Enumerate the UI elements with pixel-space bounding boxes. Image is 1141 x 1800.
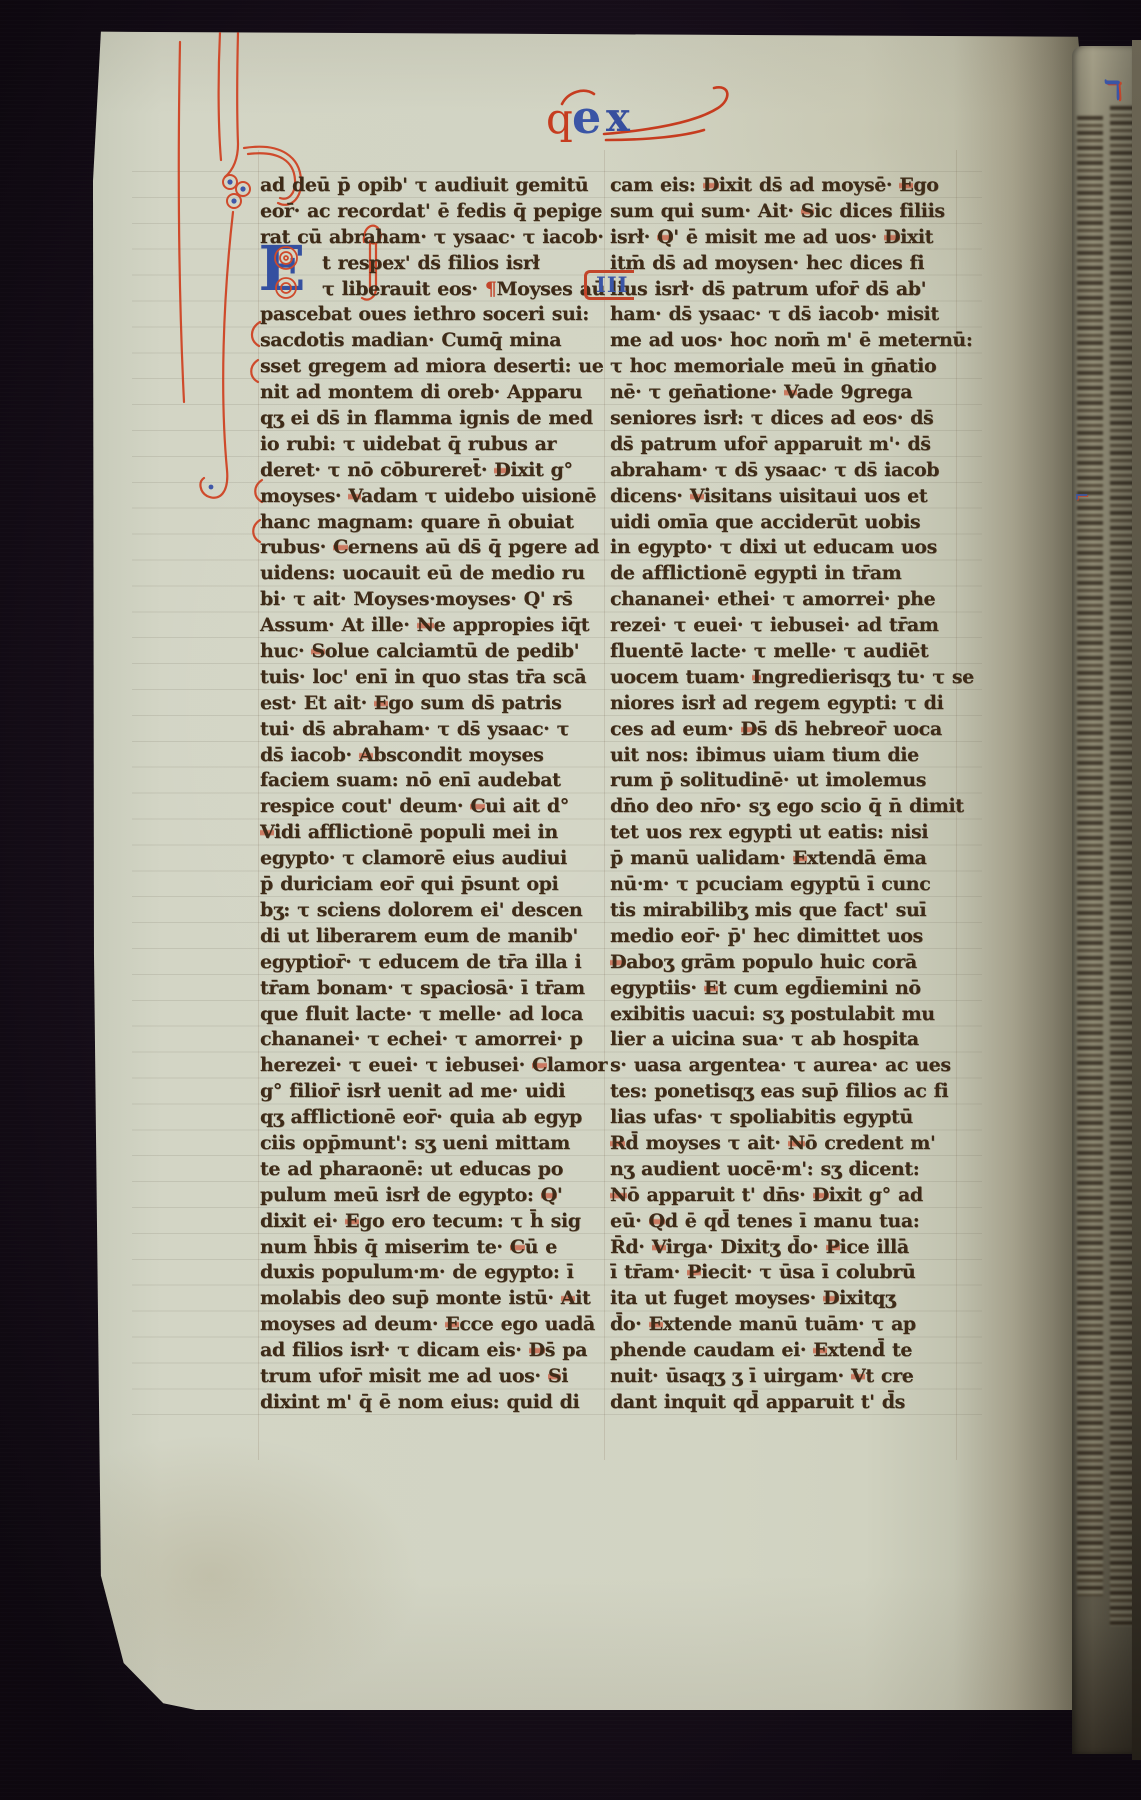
text-segment: go ero tecum: τ h̄ sig xyxy=(359,1210,581,1232)
text-segment: g° filior̄ isrł uenit ad me· uidi xyxy=(260,1080,565,1102)
text-line: Rd̄ moyses τ ait· Nō credent m' xyxy=(610,1131,956,1157)
text-line: pulum meū isrł de egypto: Q' xyxy=(260,1183,606,1209)
text-segment: tr̄am bonam· τ spaciosā· ī tr̄am xyxy=(260,977,585,999)
text-line: tui· ds̄ abraham· τ ds̄ ysaac· τ xyxy=(260,717,606,743)
text-segment: phende caudam ei· xyxy=(610,1339,813,1361)
text-line: s· uasa argentea· τ aurea· ac ues xyxy=(610,1053,956,1079)
text-segment: dicens· xyxy=(610,485,690,507)
running-title-blue-letter: e xyxy=(572,94,601,140)
text-segment: t respex' ds̄ filios isrł xyxy=(322,252,539,274)
text-line: sacdotis madian· Cumq̄ mina xyxy=(260,328,606,354)
text-line: nuit· ūsaqʒ ʒ ī uirgam· Vt cre xyxy=(610,1364,956,1390)
text-segment: eor̄· ac recordat' ē fedis q̄ pepige xyxy=(260,200,602,222)
text-line: rubus· Cernens aū ds̄ q̄ pgere ad xyxy=(260,535,606,561)
rubricated-capital: E xyxy=(793,847,807,869)
rubricated-capital: D xyxy=(741,718,757,740)
rubricated-capital: D xyxy=(703,174,719,196)
text-line: g° filior̄ isrł uenit ad me· uidi xyxy=(260,1079,606,1105)
text-line: ds̄ iacob· Abscondit moyses xyxy=(260,743,606,769)
text-line: uit nos: ibimus uiam tium die xyxy=(610,743,956,769)
rubricated-capital: N xyxy=(788,1132,805,1154)
text-line: sum qui sum· Ait· Sic dices filiis xyxy=(610,199,956,225)
text-line: est· Et ait· Ego sum ds̄ patris xyxy=(260,691,606,717)
running-title: q e x xyxy=(532,82,772,172)
text-segment: hanc magnam: quare n̄ obuiat xyxy=(260,511,574,533)
text-segment: nuit· ūsaqʒ ʒ ī uirgam· xyxy=(610,1365,851,1387)
text-line: ita ut fuget moyses· Dixitqʒ xyxy=(610,1286,956,1312)
text-segment: bʒ: τ sciens dolorem ei' descen xyxy=(260,899,582,921)
text-segment: molabis deo sup̄ monte istū· xyxy=(260,1287,561,1309)
text-line: te ad pharaonē: ut educas po xyxy=(260,1157,606,1183)
illuminated-initial: E xyxy=(250,240,314,302)
text-line: uocem tuam· Ingredierisqʒ tu· τ se xyxy=(610,665,956,691)
text-segment: dn̄o deo nr̄o· sʒ ego scio q̄ n̄ dimit xyxy=(610,795,964,817)
text-line: tes: ponetisqʒ eas sup̄ filios ac fi xyxy=(610,1079,956,1105)
text-segment: e appropies iq̄t xyxy=(434,614,589,636)
text-segment: ixit xyxy=(900,226,933,248)
text-line: bʒ: τ sciens dolorem ei' descen xyxy=(260,898,606,924)
text-line: lius isrł· ds̄ patrum ufor̄ ds̄ ab' xyxy=(610,277,956,303)
text-line: nʒ audient uocē·m': sʒ dicent: xyxy=(610,1157,956,1183)
text-segment: seniores isrł: τ dices ad eos· ds̄ xyxy=(610,407,933,429)
text-line: tis mirabilibʒ mis que fact' suī xyxy=(610,898,956,924)
rubricated-capital: E xyxy=(374,692,388,714)
rubricated-capital: Q xyxy=(541,1184,557,1206)
rubricated-capital: E xyxy=(445,1313,459,1335)
chapter-numeral-text: III xyxy=(596,272,628,297)
rubricated-capital: P xyxy=(687,1261,701,1283)
text-line: tr̄am bonam· τ spaciosā· ī tr̄am xyxy=(260,976,606,1002)
text-line: ds̄ patrum ufor̄ apparuit m'· ds̄ xyxy=(610,432,956,458)
penwork-blue-dots xyxy=(209,179,246,489)
text-segment: ad deū p̄ opib' τ audiuit gemitū xyxy=(260,174,588,196)
text-segment: ū e xyxy=(525,1236,557,1258)
text-line: di ut liberarem eum de manib' xyxy=(260,924,606,950)
text-segment: lias ufas· τ spoliabitis egyptū xyxy=(610,1106,913,1128)
text-segment: ic dices filiis xyxy=(814,200,945,222)
text-segment: sacdotis madian· Cumq̄ mina xyxy=(260,329,561,351)
text-segment: trum ufor̄ misit me ad uos· xyxy=(260,1365,548,1387)
text-line: de afflictionē egypti in tr̄am xyxy=(610,561,956,587)
text-segment: xtendā ēma xyxy=(807,847,927,869)
text-line: io rubi: τ uidebat q̄ rubus ar xyxy=(260,432,606,458)
text-line: ī tr̄am· Piecit· τ ūsa ī colubrū xyxy=(610,1260,956,1286)
text-segment: s̄ ds̄ hebreor̄ uoca xyxy=(757,718,942,740)
text-line: Daboʒ grām populo huic corā xyxy=(610,950,956,976)
text-segment: ad filios isrł· τ dicam eis· xyxy=(260,1339,529,1361)
text-segment: medio eor̄· p̄' hec dimittet uos xyxy=(610,925,923,947)
text-segment: chananei· τ echei· τ amorrei· p xyxy=(260,1028,583,1050)
text-segment: lamor xyxy=(547,1054,607,1076)
text-segment: olue calciamtū de pedib' xyxy=(325,640,579,662)
text-segment: rubus· xyxy=(260,536,333,558)
text-line: egypto· τ clamorē eius audiui xyxy=(260,846,606,872)
text-line: dn̄o deo nr̄o· sʒ ego scio q̄ n̄ dimit xyxy=(610,794,956,820)
text-line: molabis deo sup̄ monte istū· Ait xyxy=(260,1286,606,1312)
rubricated-capital: D xyxy=(813,1184,829,1206)
text-segment: aboʒ grām populo huic corā xyxy=(626,951,917,973)
text-line: nē· τ gen̄atione· Vade 9grega xyxy=(610,380,956,406)
text-segment: d̄o· xyxy=(610,1313,649,1335)
rubricated-capital: V xyxy=(690,485,704,507)
text-segment: te ad pharaonē: ut educas po xyxy=(260,1158,563,1180)
text-segment: d̄ moyses τ ait· xyxy=(625,1132,787,1154)
text-line: niores isrł ad regem egypti: τ di xyxy=(610,691,956,717)
text-segment: p̄ manū ualidam· xyxy=(610,847,793,869)
text-segment: itm̄ ds̄ ad moysen· hec dices fi xyxy=(610,252,924,274)
rubricated-capital: P xyxy=(826,1236,840,1258)
text-segment: egypto· τ clamorē eius audiui xyxy=(260,847,567,869)
rubricated-capital: E xyxy=(704,977,718,999)
text-line: τ hoc memoriale meū in gn̄atio xyxy=(610,354,956,380)
text-line: ham· ds̄ ysaac· τ ds̄ iacob· misit xyxy=(610,302,956,328)
text-line: Nō apparuit t' dn̄s· Dixit g° ad xyxy=(610,1183,956,1209)
text-segment: p̄ duriciam eor̄ qui p̄sunt opi xyxy=(260,873,558,895)
text-segment: io rubi: τ uidebat q̄ rubus ar xyxy=(260,433,556,455)
text-segment: ade 9grega xyxy=(797,381,913,403)
text-segment: ds̄ iacob· xyxy=(260,744,359,766)
text-segment: irga· Dixitʒ d̄o· xyxy=(666,1236,826,1258)
text-segment: deret· τ nō cōbureret̄· xyxy=(260,459,494,481)
text-line: fluentē lacte· τ melle· τ audiēt xyxy=(610,639,956,665)
text-line: dixit ei· Ego ero tecum: τ h̄ sig xyxy=(260,1209,606,1235)
rubricated-capital: N xyxy=(610,1184,627,1206)
text-line: huc· Solue calciamtū de pedib' xyxy=(260,639,606,665)
text-line: lier a uicina sua· τ ab hospita xyxy=(610,1027,956,1053)
text-line: egyptiis· Et cum egd̄iemini nō xyxy=(610,976,956,1002)
rubricated-capital: A xyxy=(561,1287,575,1309)
text-line: Vidi afflictionē populi mei in xyxy=(260,820,606,846)
text-segment: dixit ei· xyxy=(260,1210,345,1232)
text-segment: i xyxy=(561,1365,568,1387)
text-line: rum p̄ solitudinē· ut imolemus xyxy=(610,768,956,794)
rubricated-capital: Q xyxy=(649,1210,665,1232)
text-segment: ' xyxy=(557,1184,562,1206)
text-segment: herezei· τ euei· τ iebusei· xyxy=(260,1054,532,1076)
text-segment: in egypto· τ dixi ut educam uos xyxy=(610,536,937,558)
text-line: que fluit lacte· τ melle· ad loca xyxy=(260,1002,606,1028)
text-line: nit ad montem di oreb· Apparu xyxy=(260,380,606,406)
text-segment: R̄d· xyxy=(610,1236,652,1258)
rubricated-capital: D xyxy=(884,226,900,248)
text-segment: uocem tuam· xyxy=(610,666,752,688)
rubricated-capital: D xyxy=(823,1287,839,1309)
text-segment: t cum egd̄iemini nō xyxy=(718,977,921,999)
text-line: me ad uos· hoc nom̄ m' ē meternū: xyxy=(610,328,956,354)
text-segment: ixit g° ad xyxy=(829,1184,923,1206)
text-segment: pulum meū isrł de egypto: xyxy=(260,1184,541,1206)
text-segment: d ē qd̄ tenes ī manu tua: xyxy=(665,1210,920,1232)
rubricated-capital: C xyxy=(333,536,348,558)
text-segment: bi· τ ait· Moyses·moyses· Q' rs̄ xyxy=(260,588,572,610)
text-line: Assum· At ille· Ne appropies iq̄t xyxy=(260,613,606,639)
rubricated-capital: D xyxy=(529,1339,545,1361)
rubricated-capital: E xyxy=(649,1313,663,1335)
text-line: R̄d· Virga· Dixitʒ d̄o· Pice illā xyxy=(610,1235,956,1261)
text-segment: it xyxy=(575,1287,590,1309)
text-segment: rezei· τ euei· τ iebusei· ad tr̄am xyxy=(610,614,939,636)
rubricated-capital: D xyxy=(610,951,626,973)
text-line: p̄ duriciam eor̄ qui p̄sunt opi xyxy=(260,872,606,898)
rubricated-capital: R xyxy=(610,1132,625,1154)
text-segment: τ hoc memoriale meū in gn̄atio xyxy=(610,355,936,377)
text-segment: cam eis: xyxy=(610,174,703,196)
ruling-vertical xyxy=(258,150,259,1460)
rubricated-capital: A xyxy=(359,744,373,766)
text-line: trum ufor̄ misit me ad uos· Si xyxy=(260,1364,606,1390)
text-column-right: cam eis: Dixit ds̄ ad moysē· Egosum qui … xyxy=(610,173,956,1416)
text-line: faciem suam: nō enī audebat xyxy=(260,768,606,794)
text-line: uidens: uocauit eū de medio ru xyxy=(260,561,606,587)
text-segment: pascebat oues iethro soceri sui: xyxy=(260,303,589,325)
text-segment: ixit ds̄ ad moysē· xyxy=(719,174,900,196)
text-line: num h̄bis q̄ miserim te· Cū e xyxy=(260,1235,606,1261)
text-segment: ' ē misit me ad uos· xyxy=(673,226,884,248)
rubricated-capital: S xyxy=(548,1365,561,1387)
text-line: d̄o· Extende manū tuām· τ ap xyxy=(610,1312,956,1338)
text-segment: tuis· loc' enī in quo stas tr̄a scā xyxy=(260,666,586,688)
text-line: herezei· τ euei· τ iebusei· Clamor xyxy=(260,1053,606,1079)
text-segment: s̄ pa xyxy=(545,1339,587,1361)
text-line: phende caudam ei· Extend̄ te xyxy=(610,1338,956,1364)
next-leaf-initial-mark: ⌐ xyxy=(1074,488,1089,506)
text-segment: exibitis uacui: sʒ postulabit mu xyxy=(610,1003,935,1025)
text-segment: nē· τ gen̄atione· xyxy=(610,381,784,403)
text-segment: faciem suam: nō enī audebat xyxy=(260,769,561,791)
text-segment: egyptiis· xyxy=(610,977,704,999)
text-segment: rum p̄ solitudinē· ut imolemus xyxy=(610,769,926,791)
text-line: isrł· Q' ē misit me ad uos· Dixit xyxy=(610,225,956,251)
rubricated-capital: E xyxy=(345,1210,359,1232)
next-leaf-edge: ℸ ⌐ xyxy=(1072,46,1141,1754)
running-title-red-letter: x xyxy=(606,98,630,138)
text-segment: τ liberauit eos· xyxy=(322,278,485,300)
text-line: eor̄· ac recordat' ē fedis q̄ pepige xyxy=(260,199,606,225)
text-segment: uidens: uocauit eū de medio ru xyxy=(260,562,585,584)
text-line: duxis populum·m· de egypto: ī xyxy=(260,1260,606,1286)
text-segment: ernens aū ds̄ q̄ pgere ad xyxy=(348,536,599,558)
text-segment: tet uos rex egypti ut eatis: nisi xyxy=(610,821,928,843)
text-line: tuis· loc' enī in quo stas tr̄a scā xyxy=(260,665,606,691)
text-segment: duxis populum·m· de egypto: ī xyxy=(260,1261,573,1283)
text-segment: chananei· ethei· τ amorrei· phe xyxy=(610,588,935,610)
text-line: eū· Qd ē qd̄ tenes ī manu tua: xyxy=(610,1209,956,1235)
text-line: chananei· τ echei· τ amorrei· p xyxy=(260,1027,606,1053)
text-segment: ciis opp̄munt': sʒ ueni mittam xyxy=(260,1132,570,1154)
text-segment: Assum· At ille· xyxy=(260,614,417,636)
text-segment: ham· ds̄ ysaac· τ ds̄ iacob· misit xyxy=(610,303,939,325)
text-line: cam eis: Dixit ds̄ ad moysē· Ego xyxy=(610,173,956,199)
text-segment: moyses ad deum· xyxy=(260,1313,445,1335)
text-segment: dixint m' q̄ ē nom eius: quid di xyxy=(260,1391,579,1413)
text-segment: lier a uicina sua· τ ab hospita xyxy=(610,1028,919,1050)
rubricated-capital: I xyxy=(752,666,761,688)
rubricated-capital: V xyxy=(260,821,274,843)
text-segment: ces ad eum· xyxy=(610,718,741,740)
text-line: exibitis uacui: sʒ postulabit mu xyxy=(610,1002,956,1028)
text-segment: que fluit lacte· τ melle· ad loca xyxy=(260,1003,583,1025)
text-segment: adam τ uidebo uisionē xyxy=(361,485,596,507)
text-line: ces ad eum· Ds̄ ds̄ hebreor̄ uoca xyxy=(610,717,956,743)
text-segment: fluentē lacte· τ melle· τ audiēt xyxy=(610,640,928,662)
next-leaf-rubric-mark: ℸ xyxy=(1104,78,1121,104)
text-line: ciis opp̄munt': sʒ ueni mittam xyxy=(260,1131,606,1157)
text-segment: xtend̄ te xyxy=(827,1339,912,1361)
text-segment: ui ait d° xyxy=(485,795,569,817)
text-segment: bscondit moyses xyxy=(373,744,543,766)
text-line: qʒ ei ds̄ in flamma ignis de med xyxy=(260,406,606,432)
text-segment: qʒ ei ds̄ in flamma ignis de med xyxy=(260,407,593,429)
text-segment: s· uasa argentea· τ aurea· ac ues xyxy=(610,1054,951,1076)
text-line: tet uos rex egypti ut eatis: nisi xyxy=(610,820,956,846)
rubricated-capital: S xyxy=(801,200,814,222)
text-line: seniores isrł: τ dices ad eos· ds̄ xyxy=(610,406,956,432)
text-segment: xtende manū tuām· τ ap xyxy=(663,1313,916,1335)
penwork-vertical-line xyxy=(219,32,221,160)
text-segment: uit nos: ibimus uiam tium die xyxy=(610,744,919,766)
running-title-red-mark: q xyxy=(546,98,573,140)
text-segment: di ut liberarem eum de manib' xyxy=(260,925,578,947)
text-line: bi· τ ait· Moyses·moyses· Q' rs̄ xyxy=(260,587,606,613)
text-segment: nū·m· τ pcuciam egyptū ī cunc xyxy=(610,873,930,895)
text-line: egyptior̄· τ educem de tr̄a illa i xyxy=(260,950,606,976)
text-segment: moyses· xyxy=(260,485,348,507)
text-line: deret· τ nō cōbureret̄· Dixit g° xyxy=(260,458,606,484)
text-line: nū·m· τ pcuciam egyptū ī cunc xyxy=(610,872,956,898)
text-line: moyses· Vadam τ uidebo uisionē xyxy=(260,484,606,510)
text-line: abraham· τ ds̄ ysaac· τ ds̄ iacob xyxy=(610,458,956,484)
manuscript-page: q e x ad deū p̄ opib' τ audiuit gemitūeo… xyxy=(92,30,1082,1710)
text-column-left: ad deū p̄ opib' τ audiuit gemitūeor̄· ac… xyxy=(260,173,606,1416)
text-line: sset gregem ad miora deserti: ue xyxy=(260,354,606,380)
text-segment: niores isrł ad regem egypti: τ di xyxy=(610,692,943,714)
rubricated-capital: V xyxy=(851,1365,865,1387)
rubricated-capital: S xyxy=(311,640,324,662)
text-segment: ixitqʒ xyxy=(839,1287,895,1309)
text-line: ad filios isrł· τ dicam eis· Ds̄ pa xyxy=(260,1338,606,1364)
rubricated-capital: N xyxy=(417,614,434,636)
text-segment: nʒ audient uocē·m': sʒ dicent: xyxy=(610,1158,919,1180)
manuscript-photo: { "manuscript": { "running_title": { "re… xyxy=(0,0,1141,1800)
text-segment: egyptior̄· τ educem de tr̄a illa i xyxy=(260,951,581,973)
text-segment: abraham· τ ds̄ ysaac· τ ds̄ iacob xyxy=(610,459,939,481)
text-segment: sum qui sum· Ait· xyxy=(610,200,801,222)
rubricated-capital: D xyxy=(494,459,510,481)
text-line: qʒ afflictionē eor̄· quia ab egyp xyxy=(260,1105,606,1131)
rubricated-capital: E xyxy=(813,1339,827,1361)
text-line: p̄ manū ualidam· Extendā ēma xyxy=(610,846,956,872)
text-segment: cce ego uadā xyxy=(459,1313,594,1335)
rubric-mark: ¶ xyxy=(485,278,497,300)
text-segment: huc· xyxy=(260,640,311,662)
text-segment: ixit g° xyxy=(510,459,572,481)
rubricated-capital: V xyxy=(348,485,361,507)
text-line: dicens· Visitans uisitaui uos et xyxy=(610,484,956,510)
next-leaf-shadow xyxy=(1072,46,1141,1754)
text-segment: de afflictionē egypti in tr̄am xyxy=(610,562,901,584)
text-line: chananei· ethei· τ amorrei· phe xyxy=(610,587,956,613)
rubricated-capital: Q xyxy=(657,226,673,248)
text-segment: idi afflictionē populi mei in xyxy=(274,821,558,843)
rubricated-capital: C xyxy=(510,1236,525,1258)
text-segment: ngredierisqʒ tu· τ se xyxy=(761,666,974,688)
text-line: respice cout' deum· Cui ait d° xyxy=(260,794,606,820)
text-line: moyses ad deum· Ecce ego uadā xyxy=(260,1312,606,1338)
text-segment: sset gregem ad miora deserti: ue xyxy=(260,355,603,377)
text-segment: respice cout' deum· xyxy=(260,795,470,817)
text-segment: eū· xyxy=(610,1210,649,1232)
rubricated-capital: V xyxy=(652,1236,666,1258)
text-segment: t cre xyxy=(865,1365,913,1387)
text-segment: ita ut fuget moyses· xyxy=(610,1287,823,1309)
text-segment: ice illā xyxy=(840,1236,909,1258)
text-segment: num h̄bis q̄ miserim te· xyxy=(260,1236,510,1258)
text-segment: dant inquit qd̄ apparuit t' d̄s xyxy=(610,1391,905,1413)
rubricated-capital: V xyxy=(784,381,797,403)
text-line: rezei· τ euei· τ iebusei· ad tr̄am xyxy=(610,613,956,639)
text-segment: ō apparuit t' dn̄s· xyxy=(627,1184,813,1206)
text-line: hanc magnam: quare n̄ obuiat xyxy=(260,510,606,536)
text-line: medio eor̄· p̄' hec dimittet uos xyxy=(610,924,956,950)
text-line: itm̄ ds̄ ad moysen· hec dices fi xyxy=(610,251,956,277)
text-line: uidi omīa que acciderūt uobis xyxy=(610,510,956,536)
text-segment: go sum ds̄ patris xyxy=(388,692,561,714)
chapter-numeral: III xyxy=(590,270,634,300)
text-segment: nit ad montem di oreb· Apparu xyxy=(260,381,582,403)
text-line: dixint m' q̄ ē nom eius: quid di xyxy=(260,1390,606,1416)
text-line: dant inquit qd̄ apparuit t' d̄s xyxy=(610,1390,956,1416)
text-segment: iecit· τ ūsa ī colubrū xyxy=(701,1261,915,1283)
book-fore-edge xyxy=(1132,40,1141,1760)
text-segment: uidi omīa que acciderūt uobis xyxy=(610,511,920,533)
rubricated-capital: C xyxy=(470,795,485,817)
rubricated-capital: C xyxy=(532,1054,547,1076)
text-segment: me ad uos· hoc nom̄ m' ē meternū: xyxy=(610,329,972,351)
text-segment: isrł· xyxy=(610,226,657,248)
text-line: in egypto· τ dixi ut educam uos xyxy=(610,535,956,561)
text-line: lias ufas· τ spoliabitis egyptū xyxy=(610,1105,956,1131)
text-segment: ō credent m' xyxy=(805,1132,936,1154)
text-line: pascebat oues iethro soceri sui: xyxy=(260,302,606,328)
text-segment: tui· ds̄ abraham· τ ds̄ ysaac· τ xyxy=(260,718,569,740)
text-segment: go xyxy=(913,174,938,196)
text-segment: ds̄ patrum ufor̄ apparuit m'· ds̄ xyxy=(610,433,931,455)
text-segment: est· Et ait· xyxy=(260,692,374,714)
text-segment: tis mirabilibʒ mis que fact' suī xyxy=(610,899,926,921)
text-line: ad deū p̄ opib' τ audiuit gemitū xyxy=(260,173,606,199)
text-segment: isitans uisitaui uos et xyxy=(704,485,928,507)
text-segment: lius isrł· ds̄ patrum ufor̄ ds̄ ab' xyxy=(610,278,926,300)
rubricated-capital: E xyxy=(899,174,913,196)
text-segment: qʒ afflictionē eor̄· quia ab egyp xyxy=(260,1106,582,1128)
text-segment: tes: ponetisqʒ eas sup̄ filios ac fi xyxy=(610,1080,948,1102)
text-segment: ī tr̄am· xyxy=(610,1261,687,1283)
